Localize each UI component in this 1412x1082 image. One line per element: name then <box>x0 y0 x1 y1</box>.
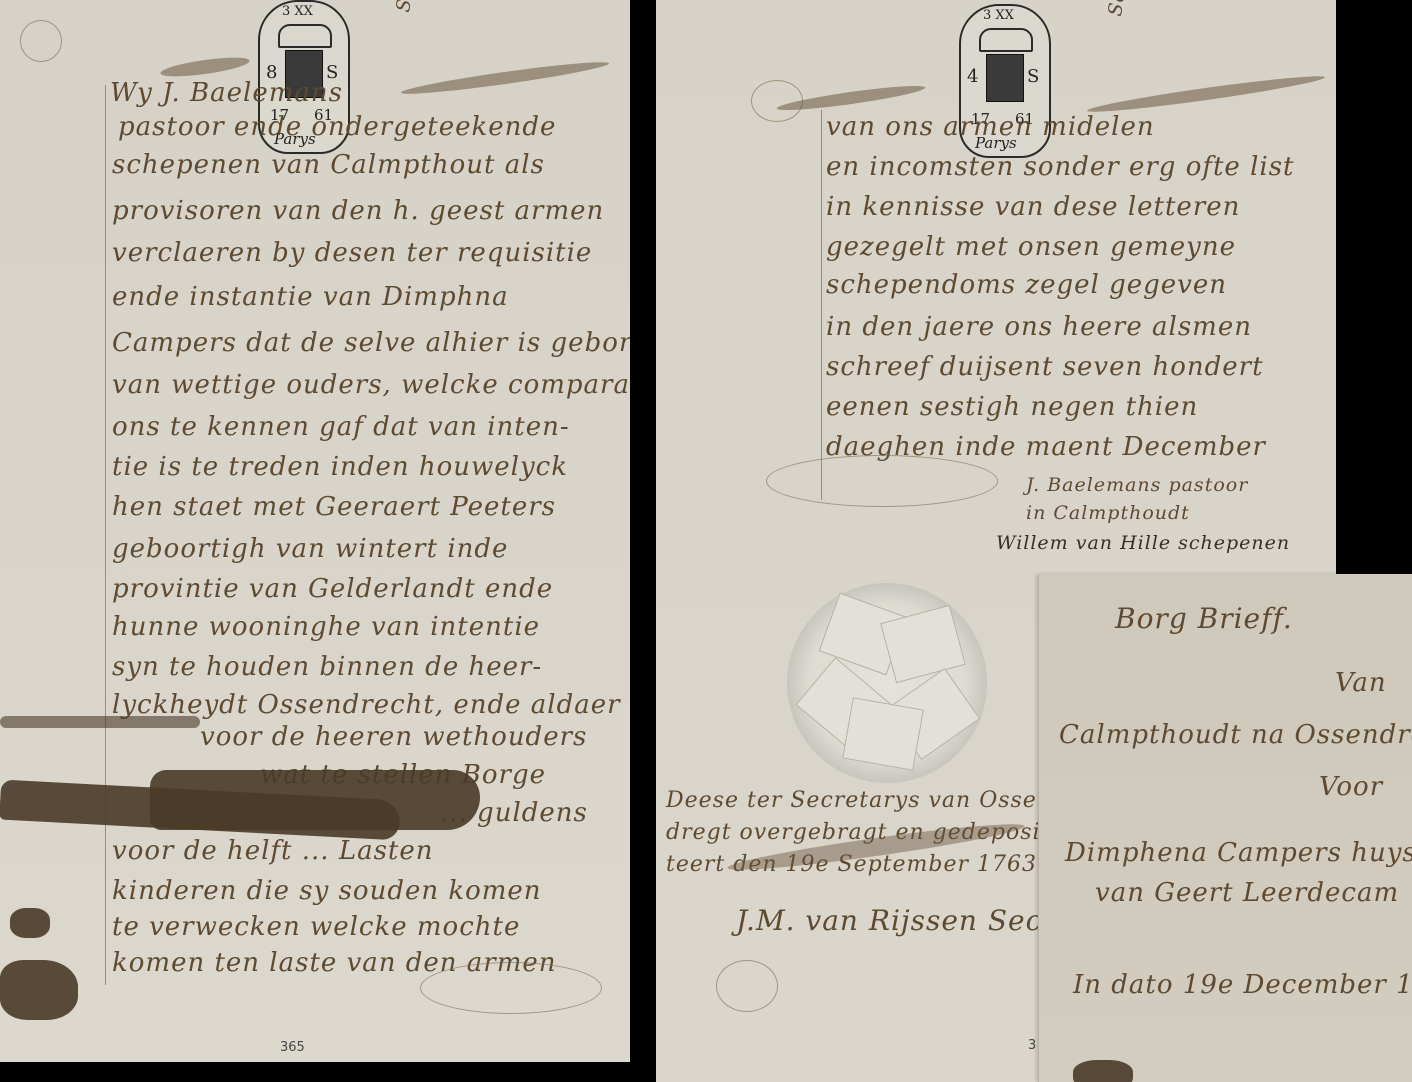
left-manuscript-page: 3 XX 8 S 17 61 Parys Schyft's Wy J. Bael… <box>0 0 630 1062</box>
manuscript-line: hen staet met Geeraert Peeters <box>112 492 556 522</box>
cover-line: Voor <box>1319 772 1383 802</box>
manuscript-line: verclaeren by desen ter requisitie <box>112 238 592 268</box>
manuscript-line: in kennisse van dese letteren <box>826 192 1240 222</box>
manuscript-line: gezegelt met onsen gemeyne <box>826 232 1236 262</box>
manuscript-line: in den jaere ons heere alsmen <box>826 312 1252 342</box>
corner-flourish <box>20 20 62 62</box>
cover-line: van Geert Leerdecam <box>1095 878 1399 908</box>
margin-rule <box>821 110 822 500</box>
stamp-top-text: 3 XX <box>282 4 313 19</box>
crown-icon <box>278 24 332 48</box>
ink-stain <box>0 716 200 728</box>
manuscript-line: van wettige ouders, welcke comparante <box>112 370 630 400</box>
ink-blot <box>1073 1060 1133 1082</box>
manuscript-line: geboortigh van wintert inde <box>112 534 508 564</box>
ink-blot <box>0 960 78 1020</box>
closing-flourish <box>420 962 602 1014</box>
manuscript-line: ons te kennen gaf dat van inten- <box>112 412 570 442</box>
stamp-left-letter: 4 <box>967 66 978 87</box>
signature-flourish <box>766 455 998 507</box>
header-note: Schyft's <box>1104 0 1140 18</box>
manuscript-line: kinderen die sy souden komen <box>112 876 542 906</box>
manuscript-line: schependoms zegel gegeven <box>826 270 1227 300</box>
lion-shield-icon <box>986 54 1024 102</box>
ink-blot <box>10 908 50 938</box>
manuscript-line: pastoor ende ondergeteekende <box>118 112 556 142</box>
ink-smudge <box>159 54 250 80</box>
cover-line: Calmpthoudt na Ossendregt <box>1059 720 1412 750</box>
signature-pastor: J. Baelemans pastoor <box>1026 474 1248 496</box>
margin-rule <box>105 85 106 985</box>
signature-schepen: Willem van Hille schepenen <box>996 532 1290 554</box>
manuscript-line: tie is te treden inden houwelyck <box>112 452 568 482</box>
page-number: 365 <box>280 1040 305 1055</box>
cover-date: In dato 19e December 1761. <box>1073 970 1412 1000</box>
scan-background <box>1336 0 1412 574</box>
stamp-right-letter: S <box>1027 66 1039 87</box>
manuscript-line: en incomsten sonder erg ofte list <box>826 152 1295 182</box>
wax-seal-remnant <box>787 583 987 783</box>
signature-place: in Calmpthoudt <box>1026 502 1190 524</box>
manuscript-line: Campers dat de selve alhier is geboren <box>112 328 630 358</box>
cover-address-panel: Borg Brieff. Van Calmpthoudt na Ossendre… <box>1038 574 1412 1082</box>
manuscript-line: schreef duijsent seven hondert <box>826 352 1264 382</box>
seal-paper-fragment <box>842 697 924 771</box>
deposit-note-line: Deese ter Secretarys van Ossen- <box>666 788 1060 813</box>
page-number: 3 <box>1028 1038 1036 1053</box>
manuscript-line: Wy J. Baelemans <box>110 78 343 108</box>
manuscript-line: syn te houden binnen de heer- <box>112 652 542 682</box>
manuscript-line: te verwecken welcke mochte <box>112 912 520 942</box>
manuscript-line: ende instantie van Dimphna <box>112 282 509 312</box>
manuscript-line: hunne wooninghe van intentie <box>112 612 540 642</box>
manuscript-line: eenen sestigh negen thien <box>826 392 1198 422</box>
header-note: Schyft's <box>392 0 428 14</box>
manuscript-line: voor de helft ... Lasten <box>112 836 434 866</box>
secretary-signature: J.M. van Rijssen Secris <box>736 904 1082 937</box>
stamp-top-text: 3 XX <box>983 8 1014 23</box>
ink-stain <box>150 770 480 830</box>
manuscript-line: provintie van Gelderlandt ende <box>112 574 553 604</box>
signature-flourish <box>716 960 778 1012</box>
manuscript-line: van ons armen midelen <box>826 112 1155 142</box>
cover-line: Dimphena Campers huysv. <box>1065 838 1412 868</box>
cover-title: Borg Brieff. <box>1115 602 1293 635</box>
crown-icon <box>979 28 1033 52</box>
manuscript-line: provisoren van den h. geest armen <box>112 196 604 226</box>
manuscript-line: voor de heeren wethouders <box>200 722 587 752</box>
manuscript-line: schepenen van Calmpthout als <box>112 150 545 180</box>
cover-line: Van <box>1335 668 1387 698</box>
ink-smudge <box>1086 71 1325 116</box>
ink-smudge <box>400 57 610 98</box>
